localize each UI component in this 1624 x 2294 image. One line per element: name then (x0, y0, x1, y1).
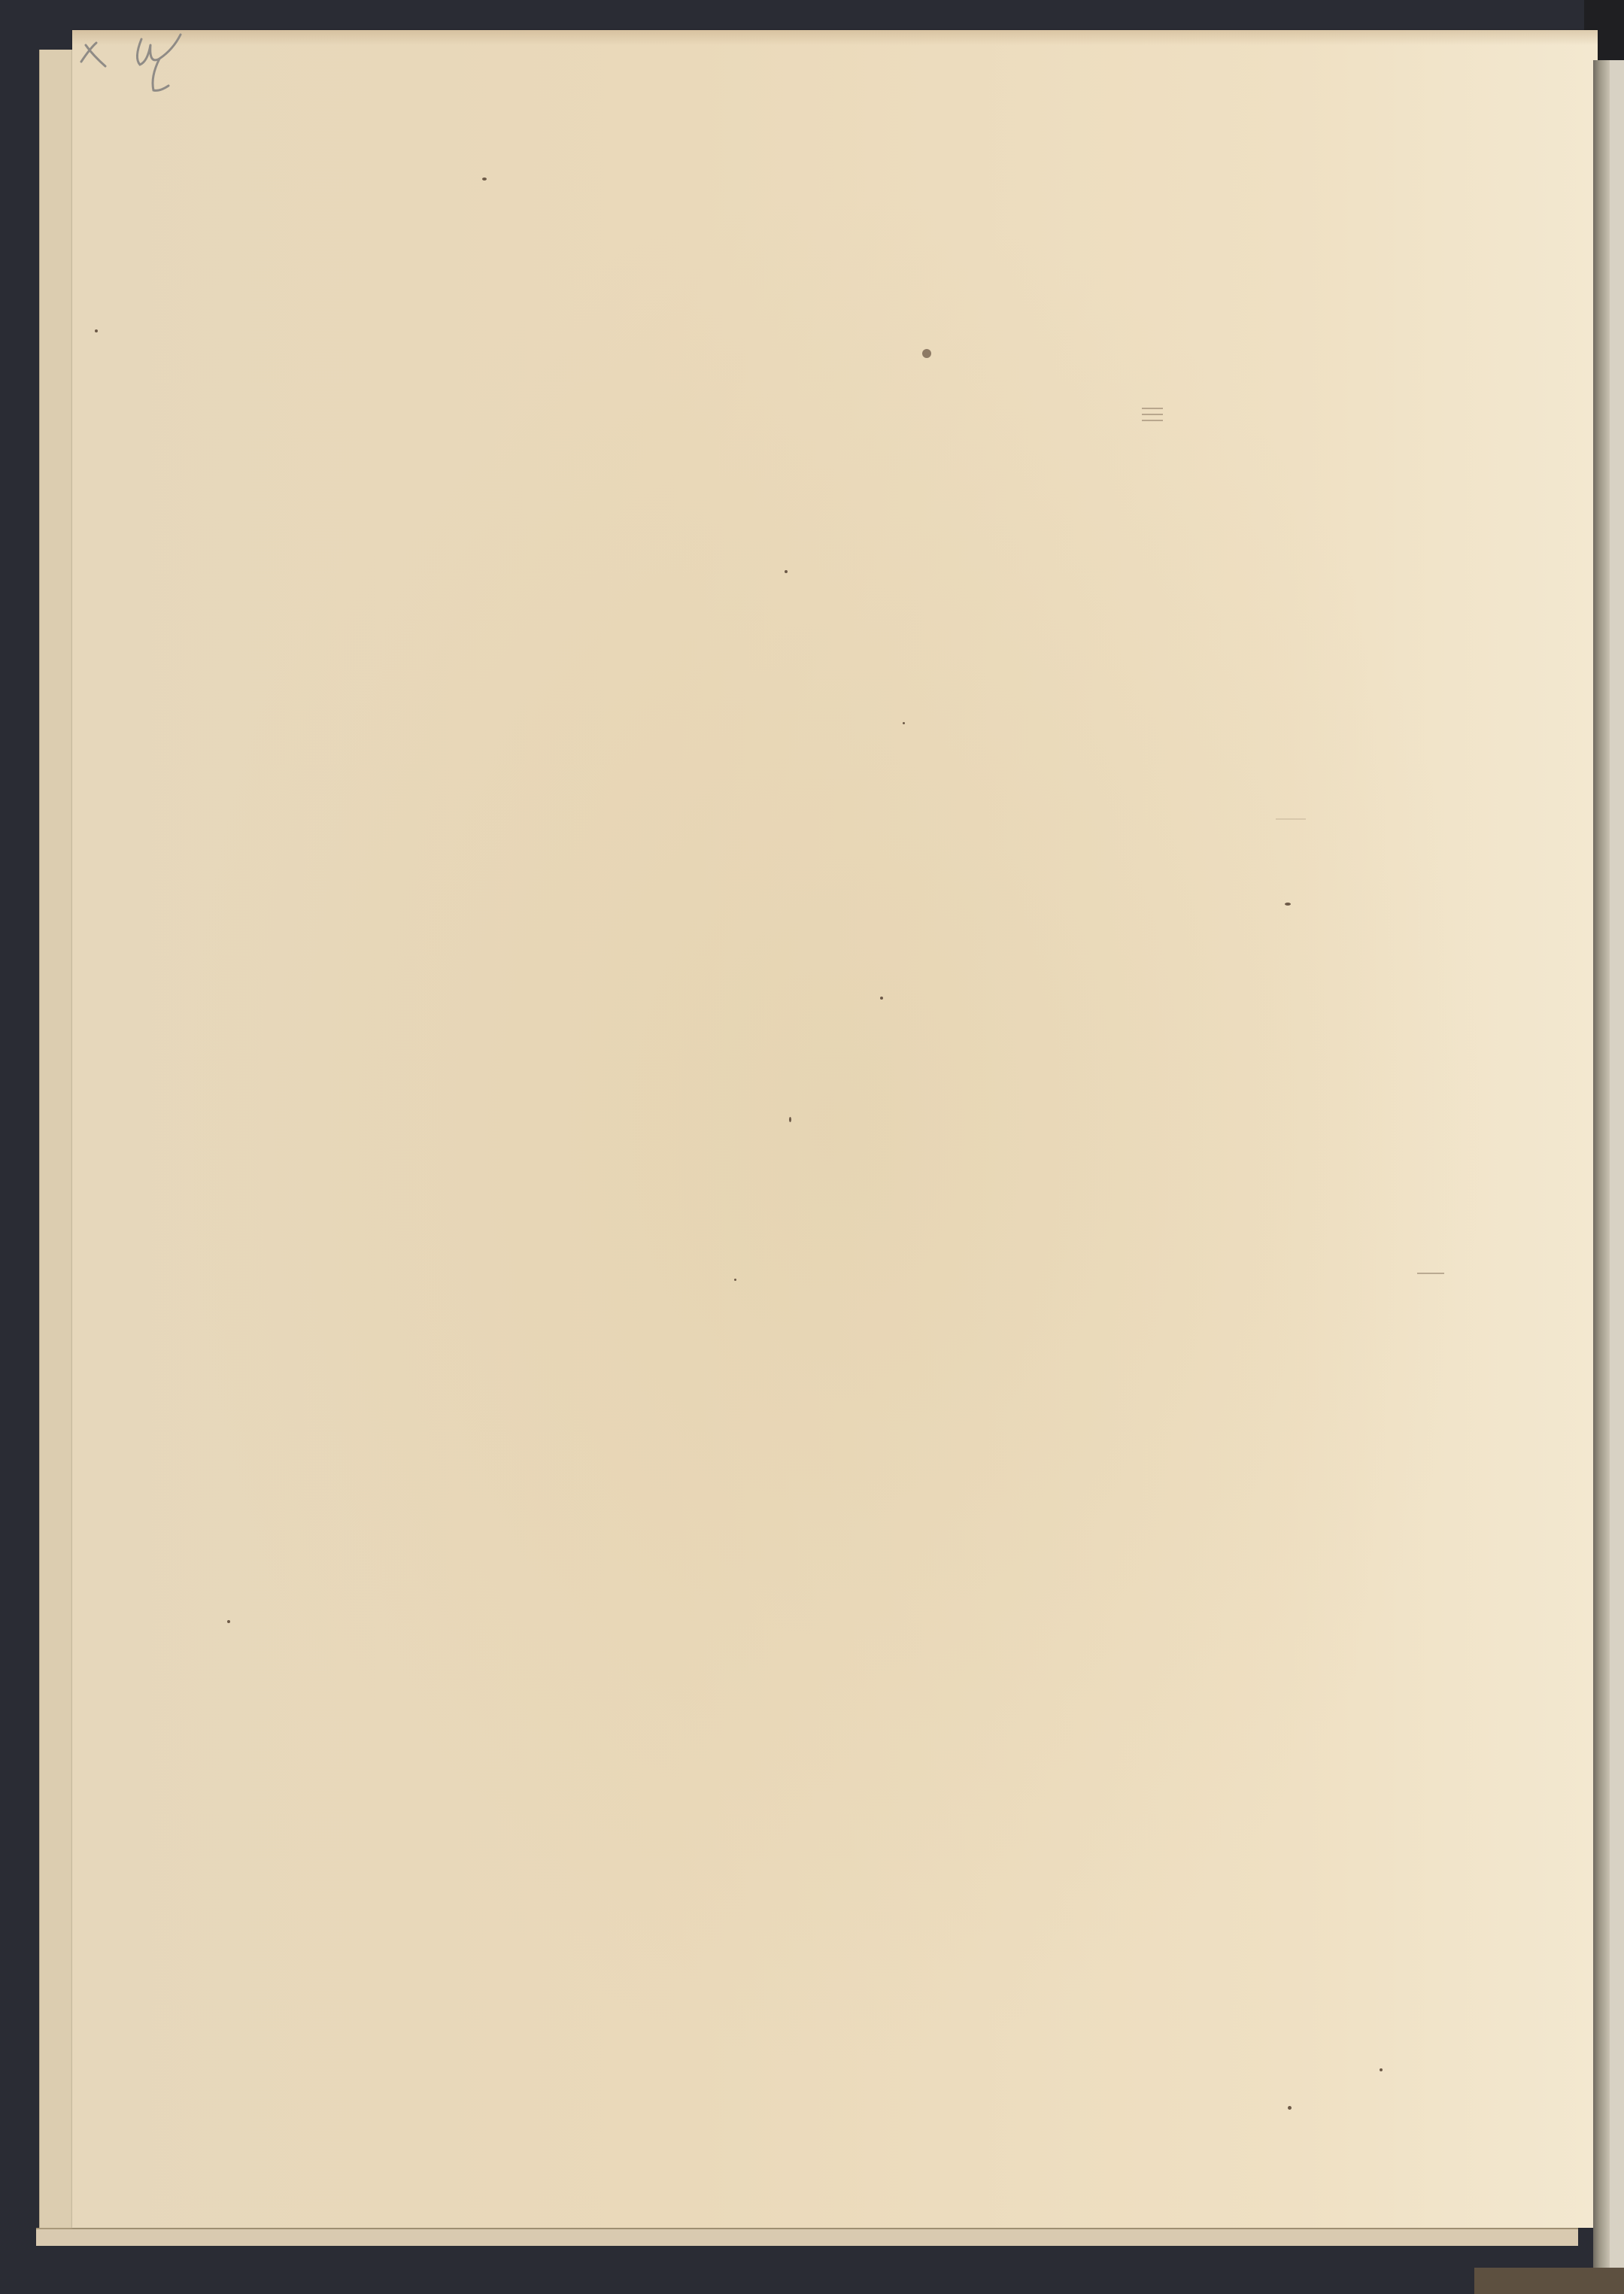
dust-speck (880, 997, 883, 1000)
faint-streak (1417, 1273, 1444, 1274)
dust-speck (789, 1117, 791, 1122)
foxing-speck (922, 349, 931, 358)
dust-speck (903, 722, 905, 724)
dust-speck (1380, 2068, 1383, 2071)
dust-speck (785, 570, 788, 573)
faint-streak (1142, 414, 1163, 415)
book-gutter (1593, 60, 1610, 2271)
dust-speck (227, 1620, 230, 1623)
faint-streak (1142, 420, 1163, 421)
faint-streak (1142, 408, 1163, 409)
blank-page (72, 30, 1598, 2228)
dust-speck (734, 1279, 736, 1281)
pencil-annotation: x ty (75, 32, 218, 99)
dust-speck (95, 329, 98, 332)
underlying-sheet-bottom-edge (36, 2228, 1578, 2246)
dust-speck (1288, 2106, 1292, 2110)
dust-speck (482, 178, 487, 181)
facing-page-edge (1610, 60, 1624, 2294)
binding-bottom-edge (1474, 2268, 1624, 2294)
pencil-scribble-icon (75, 32, 218, 99)
dust-speck (1285, 903, 1291, 906)
faint-streak (1276, 818, 1306, 820)
